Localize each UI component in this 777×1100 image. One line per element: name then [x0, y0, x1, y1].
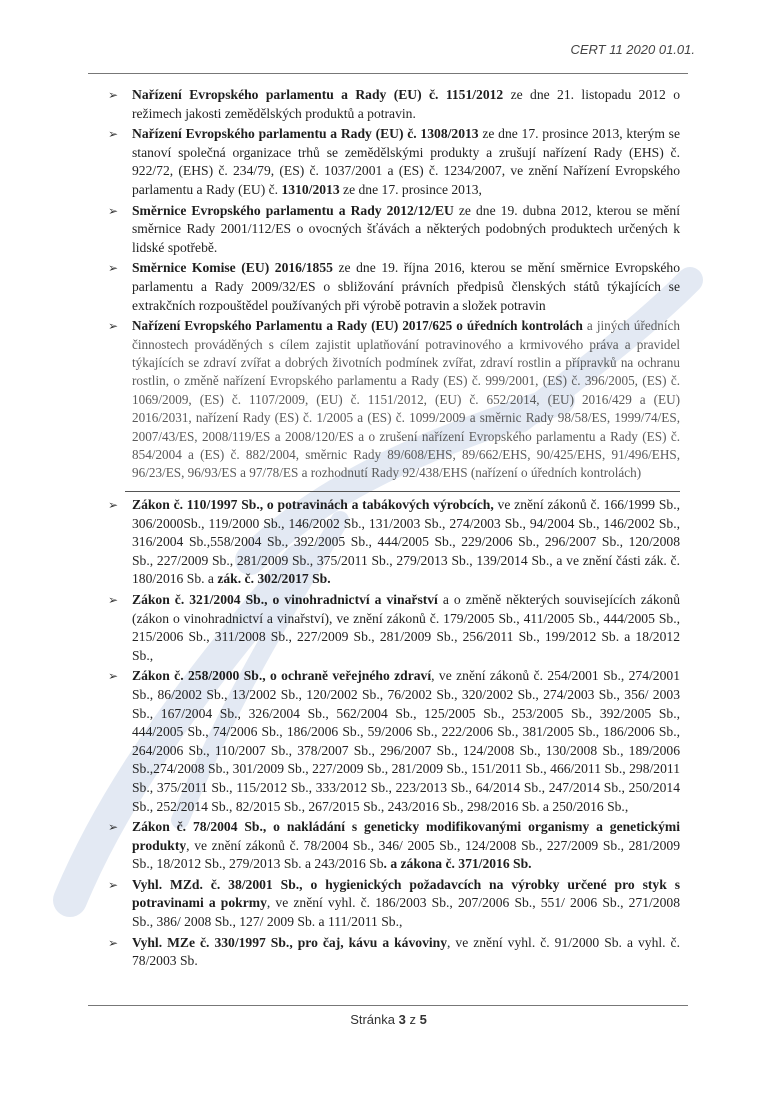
eu-regulations-list: ➢Nařízení Evropského parlamentu a Rady (…	[108, 86, 680, 485]
section-divider	[125, 491, 680, 492]
bullet-arrow-icon: ➢	[108, 876, 118, 895]
bullet-arrow-icon: ➢	[108, 667, 118, 686]
regulation-title: Zákon č. 78/2004 Sb., o nakládání s gene…	[132, 819, 680, 853]
footer-divider	[88, 1005, 688, 1006]
regulation-title: Směrnice Komise (EU) 2016/1855	[132, 260, 333, 275]
regulation-title: Zákon č. 110/1997 Sb., o potravinách a t…	[132, 497, 494, 512]
regulation-reference: zák. č. 302/2017 Sb.	[217, 571, 330, 586]
bullet-arrow-icon: ➢	[108, 496, 118, 515]
footer-prefix: Stránka	[350, 1012, 398, 1027]
regulation-title: Nařízení Evropského parlamentu a Rady (E…	[132, 87, 503, 102]
list-item: ➢Zákon č. 78/2004 Sb., o nakládání s gen…	[108, 818, 680, 874]
list-item: ➢Nařízení Evropského Parlamentu a Rady (…	[108, 317, 680, 483]
regulation-title: Vyhl. MZe č. 330/1997 Sb., pro čaj, kávu…	[132, 935, 447, 950]
list-item: ➢Vyhl. MZd. č. 38/2001 Sb., o hygienický…	[108, 876, 680, 932]
regulation-title: Směrnice Evropského parlamentu a Rady 20…	[132, 203, 454, 218]
regulation-reference: . a zákona č. 371/2016 Sb.	[384, 856, 532, 871]
list-item: ➢Zákon č. 321/2004 Sb., o vinohradnictví…	[108, 591, 680, 665]
bullet-arrow-icon: ➢	[108, 317, 118, 335]
czech-laws-list: ➢Zákon č. 110/1997 Sb., o potravinách a …	[108, 496, 680, 973]
list-item: ➢Směrnice Evropského parlamentu a Rady 2…	[108, 202, 680, 258]
regulation-title: Zákon č. 258/2000 Sb., o ochraně veřejné…	[132, 668, 431, 683]
regulation-title: Nařízení Evropského parlamentu a Rady (E…	[132, 126, 479, 141]
bullet-arrow-icon: ➢	[108, 934, 118, 953]
list-item: ➢Nařízení Evropského parlamentu a Rady (…	[108, 86, 680, 123]
regulation-title: Nařízení Evropského Parlamentu a Rady (E…	[132, 318, 583, 333]
regulation-reference: 1310/2013	[281, 182, 339, 197]
list-item: ➢Zákon č. 110/1997 Sb., o potravinách a …	[108, 496, 680, 589]
list-item: ➢Nařízení Evropského parlamentu a Rady (…	[108, 125, 680, 199]
current-page: 3	[399, 1012, 406, 1027]
regulation-title: Vyhl. MZd. č. 38/2001 Sb., o hygienickýc…	[132, 877, 680, 911]
regulation-title: Zákon č. 321/2004 Sb., o vinohradnictví …	[132, 592, 438, 607]
document-reference: CERT 11 2020 01.01.	[570, 42, 695, 57]
bullet-arrow-icon: ➢	[108, 259, 118, 278]
bullet-arrow-icon: ➢	[108, 86, 118, 105]
list-item: ➢Vyhl. MZe č. 330/1997 Sb., pro čaj, káv…	[108, 934, 680, 971]
bullet-arrow-icon: ➢	[108, 202, 118, 221]
list-item: ➢Směrnice Komise (EU) 2016/1855 ze dne 1…	[108, 259, 680, 315]
bullet-arrow-icon: ➢	[108, 818, 118, 837]
footer-sep: z	[406, 1012, 420, 1027]
bullet-arrow-icon: ➢	[108, 125, 118, 144]
bullet-arrow-icon: ➢	[108, 591, 118, 610]
header-divider	[88, 73, 688, 74]
total-pages: 5	[420, 1012, 427, 1027]
page-footer: Stránka 3 z 5	[0, 1012, 777, 1027]
list-item: ➢Zákon č. 258/2000 Sb., o ochraně veřejn…	[108, 667, 680, 816]
